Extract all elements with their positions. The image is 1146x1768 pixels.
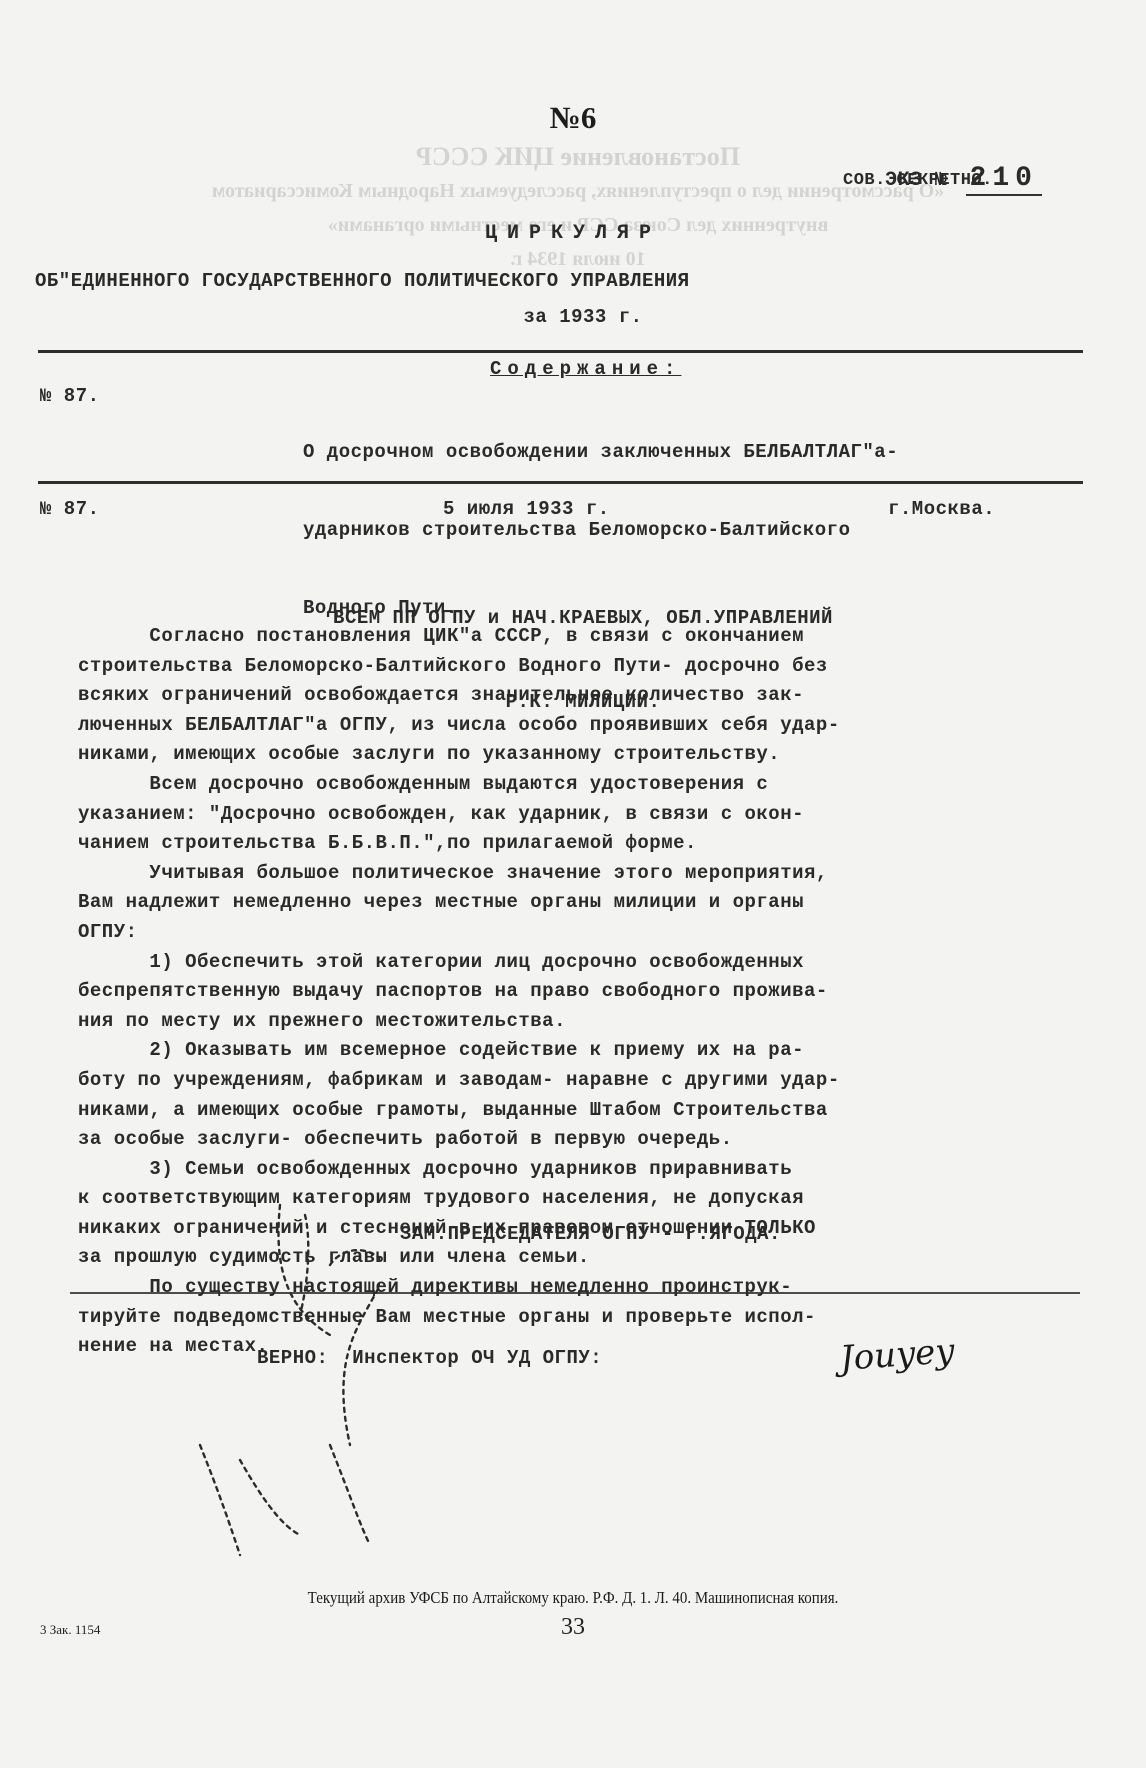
body-line: ния по месту их прежнего местожительства… (78, 1007, 840, 1037)
body-line: никами, а имеющих особые грамоты, выданн… (78, 1096, 840, 1126)
body-line: Согласно постановления ЦИК"а СССР, в свя… (78, 622, 840, 652)
body-line: всяких ограничений освобождается значите… (78, 681, 840, 711)
body-line: ОГПУ: (78, 918, 840, 948)
body-line: никами, имеющих особые заслуги по указан… (78, 740, 840, 770)
archive-source-note: Текущий архив УФСБ по Алтайскому краю. Р… (69, 1588, 1077, 1608)
contents-line: ударников строительства Беломорско-Балти… (303, 517, 898, 543)
body-line: указанием: "Досрочно освобожден, как уда… (78, 800, 840, 830)
body-line: за особые заслуги- обеспечить работой в … (78, 1125, 840, 1155)
body-line: 3) Семьи освобожденных досрочно ударнико… (78, 1155, 840, 1185)
document-title: ЦИРКУЛЯР (0, 222, 1146, 245)
body-line: к соответствующим категориям трудового н… (78, 1184, 840, 1214)
body-line: люченных БЕЛБАЛТЛАГ"а ОГПУ, из числа осо… (78, 711, 840, 741)
signer-line: ЗАМ.ПРЕДСЕДАТЕЛЯ ОГПУ - Г.ЯГОДА. (400, 1223, 781, 1245)
body-line: тируйте подведомственные Вам местные орг… (78, 1303, 840, 1333)
order-city: г.Москва. (888, 498, 995, 520)
order-number: № 87. (40, 498, 100, 520)
order-date: 5 июля 1933 г. (443, 498, 610, 520)
body-line: Учитывая большое политическое значение э… (78, 859, 840, 889)
divider-bottom (38, 481, 1083, 484)
certification-line: ВЕРНО: Инспектор ОЧ УД ОГПУ: (257, 1347, 602, 1369)
document-body: Согласно постановления ЦИК"а СССР, в свя… (78, 622, 840, 1362)
document-number: №6 (0, 100, 1146, 136)
body-line: Вам надлежит немедленно через местные ор… (78, 888, 840, 918)
body-line: чанием строительства Б.Б.В.П.",по прилаг… (78, 829, 840, 859)
body-line: Всем досрочно освобожденным выдаются удо… (78, 770, 840, 800)
signature-divider (70, 1292, 1080, 1294)
contents-item-number: № 87. (40, 385, 100, 407)
handwritten-signature: Jouyey (839, 1331, 956, 1379)
body-line: строительства Беломорско-Балтийского Вод… (78, 652, 840, 682)
body-line: 2) Оказывать им всемерное содействие к п… (78, 1036, 840, 1066)
organization-name: ОБ"ЕДИНЕННОГО ГОСУДАРСТВЕННОГО ПОЛИТИЧЕС… (35, 270, 690, 292)
body-line: за прошлую судимость главы или члена сем… (78, 1243, 840, 1273)
secrecy-stamp: СОВ. СЕКРЕТНО. (843, 171, 993, 190)
document-page: Постановление ЦИК СССР «О рассмотрении д… (0, 0, 1146, 1768)
divider-top (38, 350, 1083, 353)
contents-line: О досрочном освобождении заключенных БЕЛ… (303, 439, 898, 465)
year-line: за 1933 г. (0, 306, 1146, 328)
body-line: боту по учреждениям, фабрикам и заводам-… (78, 1066, 840, 1096)
body-line: По существу настоящей директивы немедлен… (78, 1273, 840, 1303)
page-number: 33 (0, 1614, 1146, 1641)
contents-label: Содержание: (490, 358, 681, 380)
body-line: 1) Обеспечить этой категории лиц досрочн… (78, 948, 840, 978)
body-line: беспрепятственную выдачу паспортов на пр… (78, 977, 840, 1007)
